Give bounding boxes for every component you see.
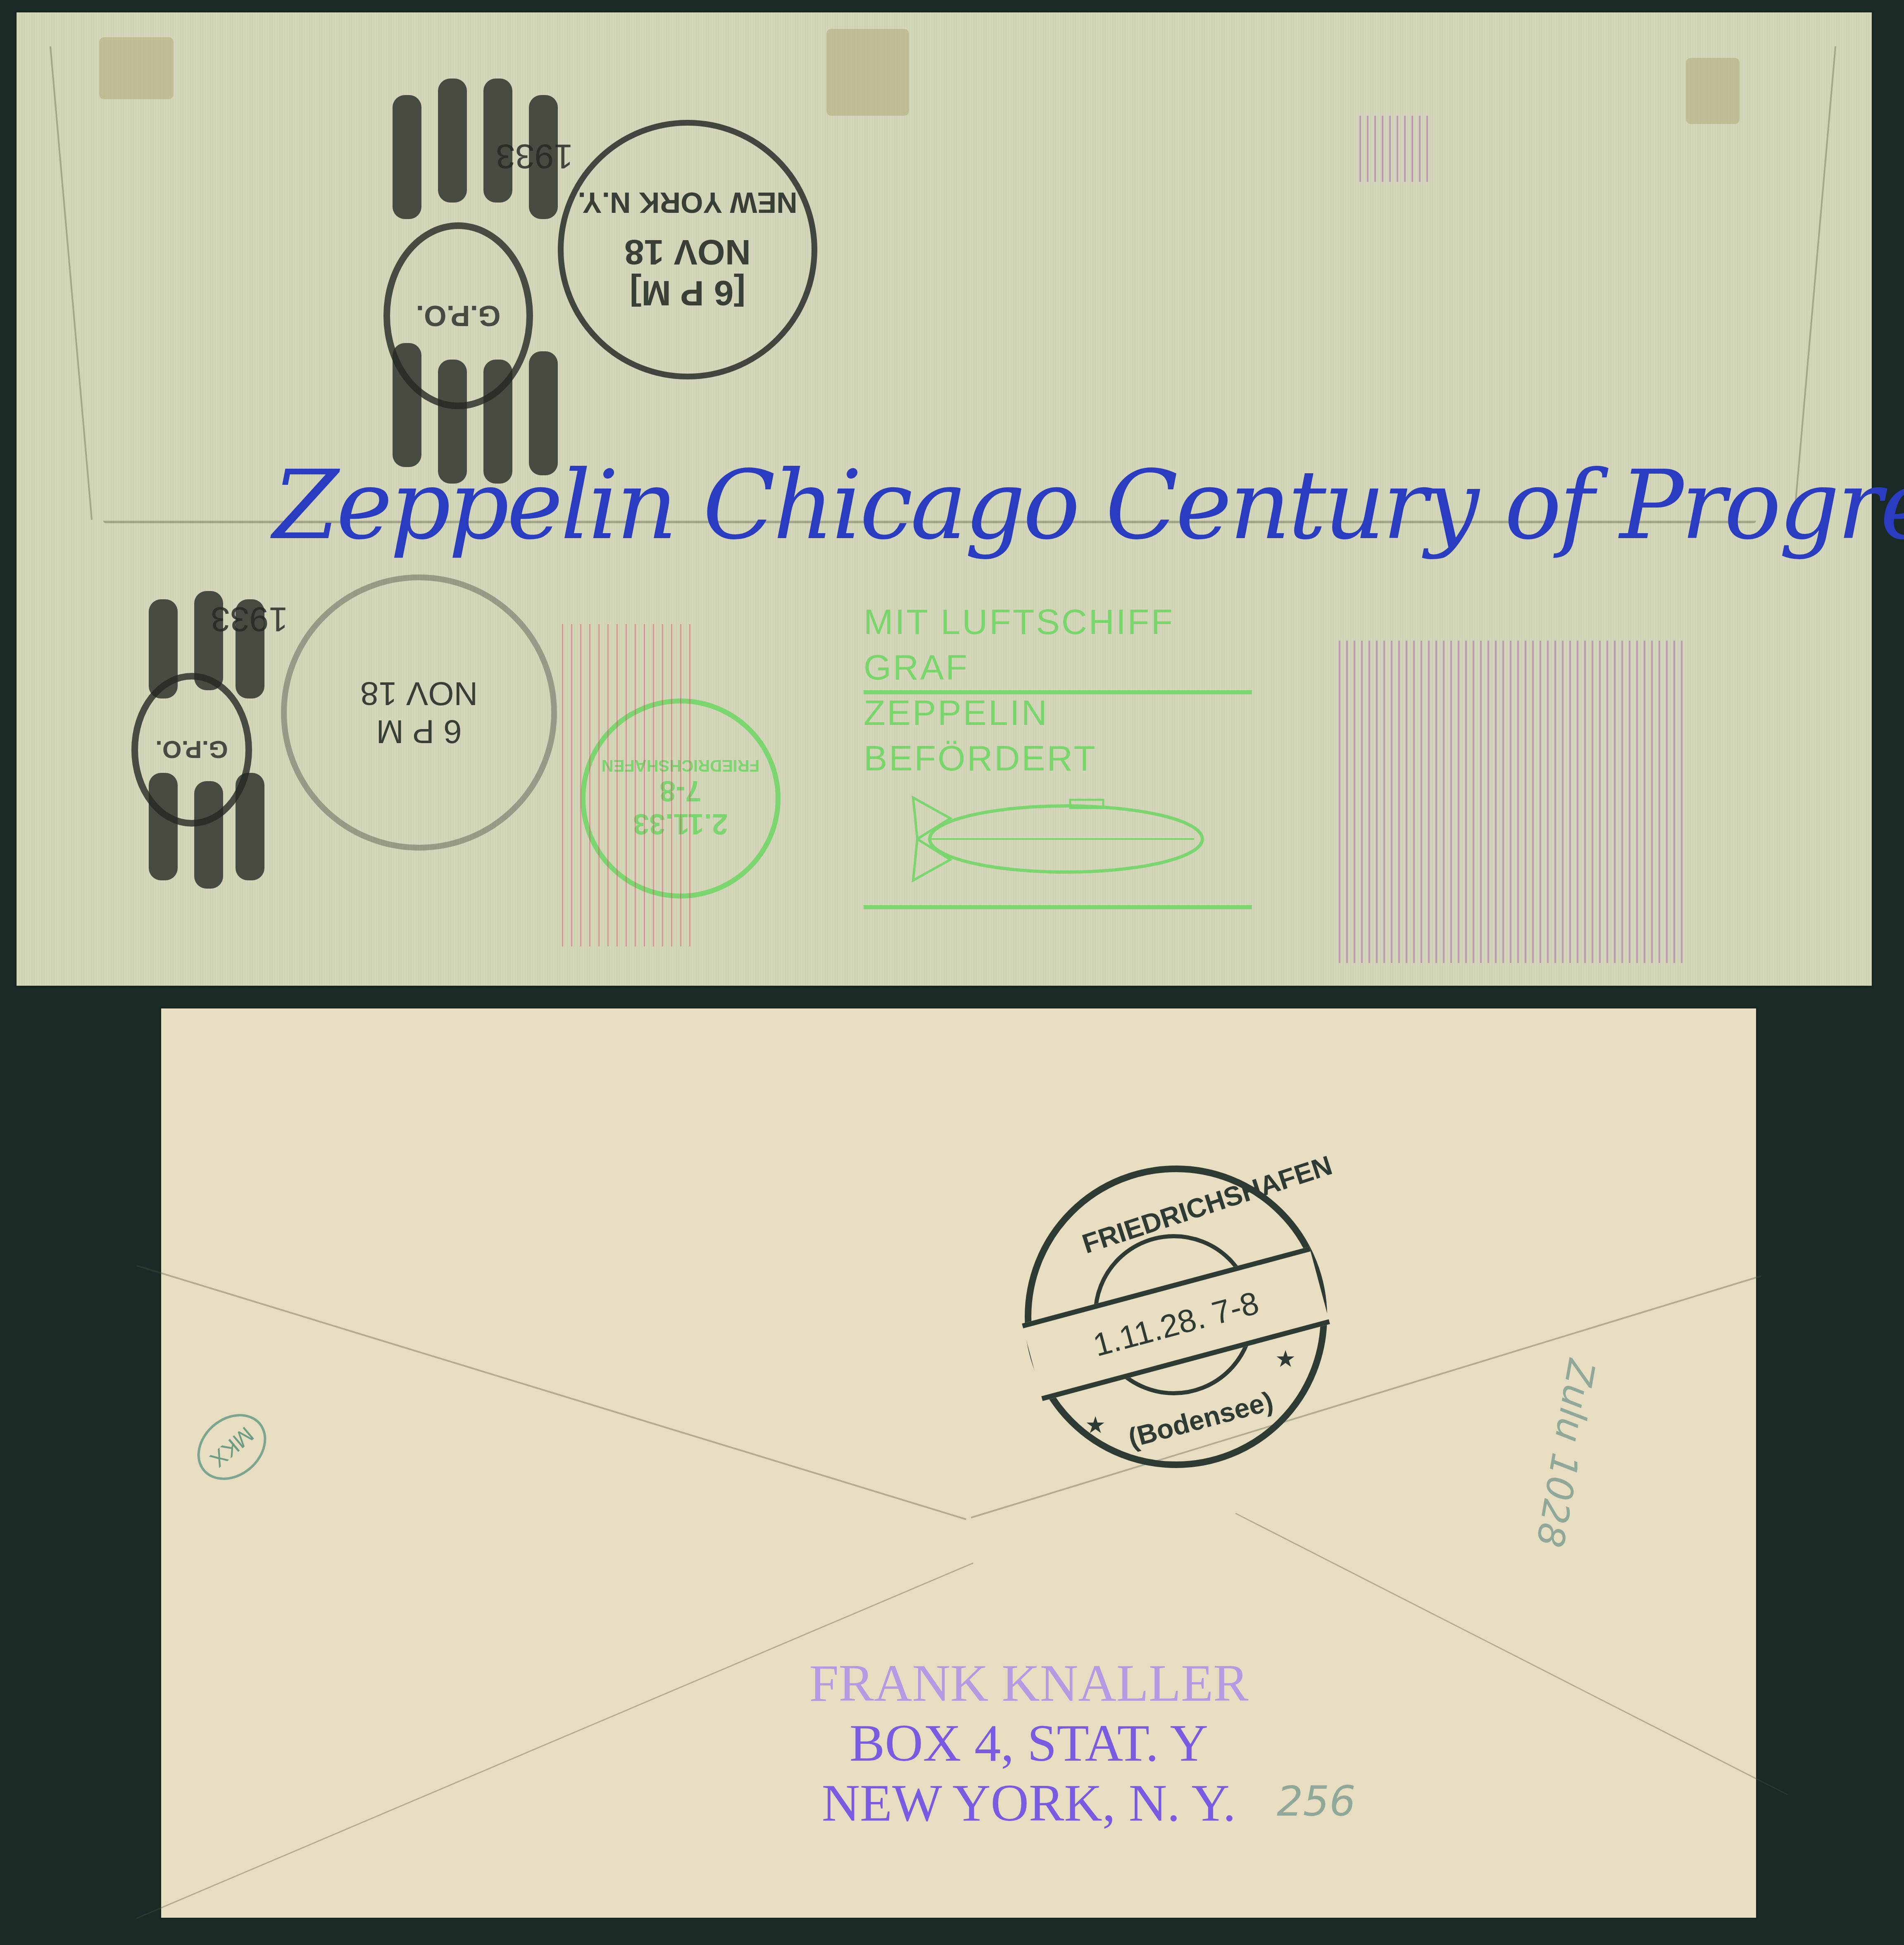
postmark-time: 6 P M bbox=[376, 713, 462, 751]
postmark-date: 1.11.28. bbox=[1089, 1298, 1209, 1364]
envelope-seam bbox=[1235, 1513, 1788, 1795]
postmark-region: (Bodensee) bbox=[1125, 1385, 1276, 1454]
postmark-time: [6 P M] bbox=[630, 272, 745, 313]
pencil-number: 256 bbox=[1277, 1777, 1356, 1826]
return-address-stamp: FRANK KNALLER BOX 4, STAT. Y NEW YORK, N… bbox=[781, 1653, 1277, 1833]
gpo-killer-text: G.P.O. bbox=[131, 673, 252, 827]
new-york-postmark: [6 P M] NOV 18 NEW YORK N.Y. bbox=[558, 120, 817, 379]
gpo-postmark: 6 P M NOV 18 bbox=[281, 574, 557, 851]
duplex-killer-cancel: G.P.O. bbox=[359, 79, 574, 484]
star-icon: ★ bbox=[1085, 1412, 1106, 1439]
killer-text: G.P.O. bbox=[383, 222, 533, 409]
cachet-text: MIT LUFTSCHIFF GRAF ZEPPELIN BEFÖRDERT bbox=[864, 599, 1244, 781]
envelope-flap-side bbox=[50, 46, 93, 520]
red-ink-marks bbox=[562, 624, 694, 946]
tape-residue bbox=[99, 37, 174, 99]
tape-residue bbox=[1686, 58, 1740, 124]
purple-ink-marks bbox=[1359, 116, 1434, 182]
friedrichshafen-postmark: FRIEDRICHSHAFEN 1.11.28. 7-8 ★ ★ (Bodens… bbox=[1025, 1166, 1327, 1468]
envelope-flap-edge bbox=[136, 1265, 966, 1520]
handwritten-inscription: Zeppelin Chicago Century of Progress Fli… bbox=[273, 450, 1760, 561]
postmark-city: NEW YORK N.Y. bbox=[578, 186, 797, 219]
zeppelin-airship-icon bbox=[905, 789, 1227, 889]
return-address-box: BOX 4, STAT. Y bbox=[781, 1713, 1277, 1773]
zeppelin-cachet: MIT LUFTSCHIFF GRAF ZEPPELIN BEFÖRDERT bbox=[864, 690, 1252, 909]
return-address-name: FRANK KNALLER bbox=[781, 1653, 1277, 1713]
star-icon: ★ bbox=[1275, 1346, 1296, 1373]
top-envelope: [6 P M] NOV 18 NEW YORK N.Y. 1933 G.P.O.… bbox=[17, 12, 1872, 986]
tape-residue bbox=[826, 29, 909, 116]
cachet-line-2: ZEPPELIN BEFÖRDERT bbox=[864, 690, 1244, 781]
gpo-killer-cancel: G.P.O. bbox=[99, 591, 273, 889]
return-address-city: NEW YORK, N. Y. bbox=[781, 1773, 1277, 1833]
postmark-date: NOV 18 bbox=[360, 675, 478, 713]
postmark-time: 7-8 bbox=[1208, 1284, 1263, 1332]
postmark-date: NOV 18 bbox=[624, 231, 751, 272]
purple-ink-marks bbox=[1339, 641, 1686, 963]
envelope-flap-side bbox=[1793, 46, 1836, 520]
cachet-line-1: MIT LUFTSCHIFF GRAF bbox=[864, 599, 1244, 690]
